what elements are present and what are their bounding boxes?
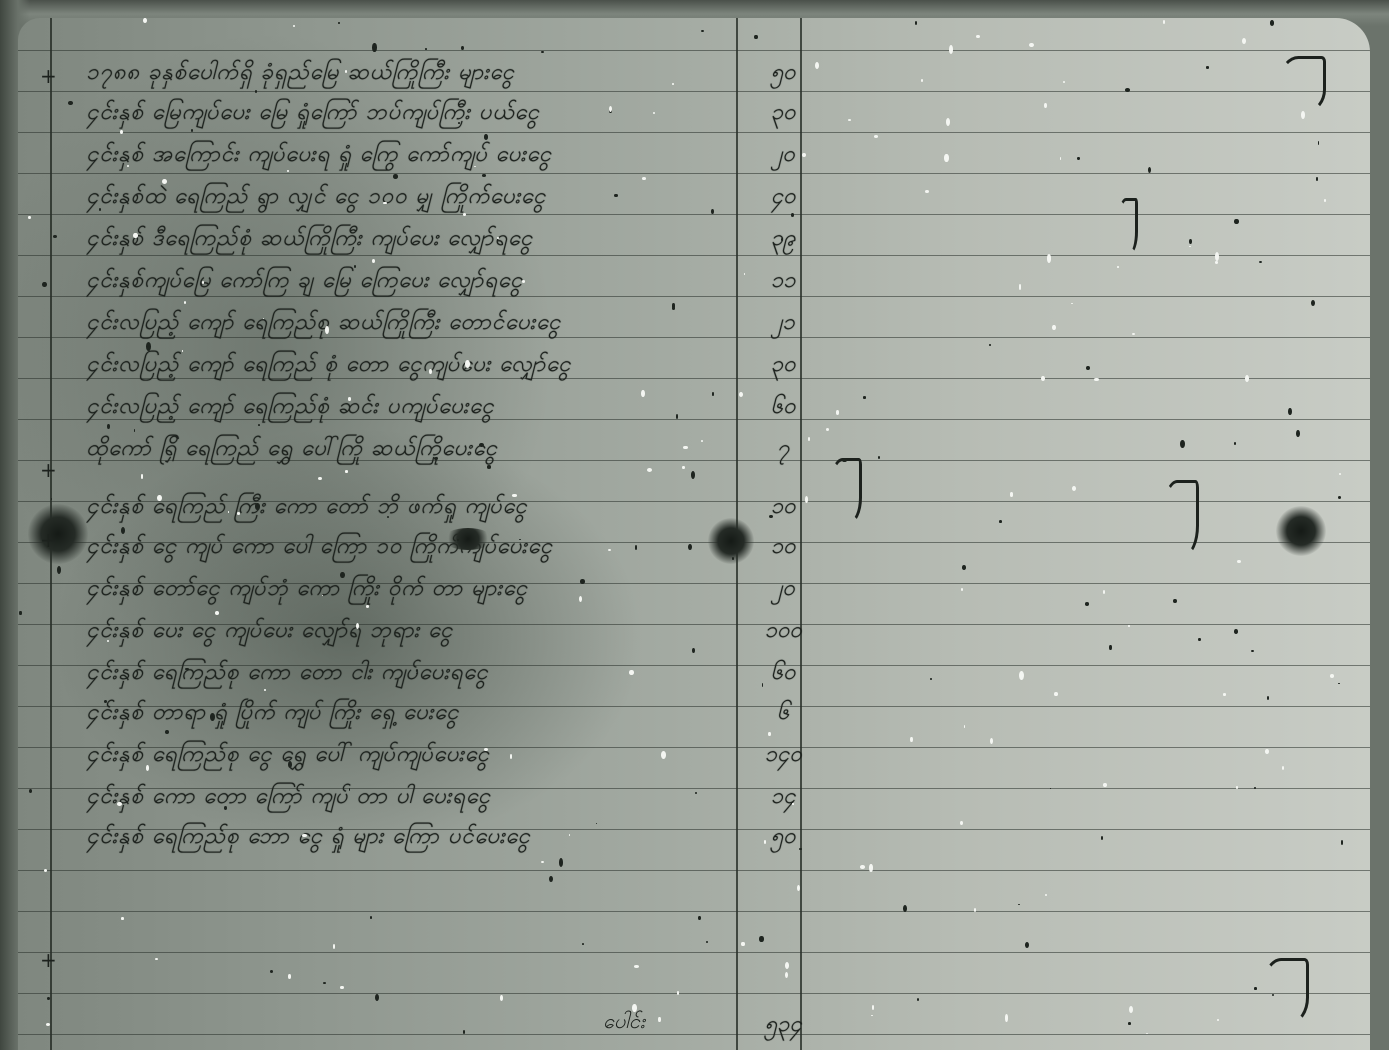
paper-speck bbox=[325, 326, 329, 335]
ink-speck bbox=[338, 22, 340, 25]
ink-speck bbox=[1234, 629, 1238, 633]
ink-speck bbox=[1318, 141, 1320, 145]
paper-speck bbox=[1324, 199, 1326, 202]
paper-speck bbox=[202, 281, 204, 284]
paper-speck bbox=[1245, 375, 1249, 382]
ink-speck bbox=[915, 21, 917, 25]
entry-text: ၄င်းနှစ် တာရာ ရှုံ ပြိုက် ကျပ် ကြိုး ရှေ… bbox=[86, 694, 706, 732]
ink-speck bbox=[270, 970, 273, 973]
paper-speck bbox=[345, 70, 348, 73]
ink-speck bbox=[712, 392, 714, 396]
ink-speck bbox=[695, 792, 697, 794]
ink-speck bbox=[68, 101, 72, 105]
paper-speck bbox=[785, 972, 788, 978]
ink-speck bbox=[1311, 300, 1315, 306]
ink-speck bbox=[323, 982, 327, 984]
paper-speck bbox=[340, 986, 344, 990]
paper-speck bbox=[634, 965, 639, 968]
ink-speck bbox=[258, 424, 260, 426]
entry-text: ၄င်းနှစ် မြေကျပ်ပေး မြေ ရှုံကြော် ဘပ်ကျပ… bbox=[86, 94, 706, 132]
paper-speck bbox=[1041, 376, 1044, 381]
ink-speck bbox=[1254, 987, 1256, 990]
ruled-line bbox=[18, 132, 1370, 133]
ink-speck bbox=[999, 520, 1002, 523]
ink-speck bbox=[698, 916, 701, 920]
paper-speck bbox=[1215, 252, 1219, 261]
ink-speck bbox=[191, 129, 193, 132]
paper-speck bbox=[1052, 325, 1055, 330]
entry-amount: ၃၀ bbox=[744, 94, 822, 132]
ink-speck bbox=[1025, 942, 1029, 948]
ruled-line bbox=[18, 911, 1370, 912]
paper-speck bbox=[949, 45, 953, 53]
paper-speck bbox=[1128, 625, 1130, 626]
ink-speck bbox=[255, 90, 257, 93]
paper-speck bbox=[1265, 749, 1269, 754]
paper-speck bbox=[1189, 246, 1191, 248]
ink-speck bbox=[1251, 650, 1254, 652]
paper-speck bbox=[1282, 766, 1285, 770]
ink-speck bbox=[989, 344, 991, 346]
paper-speck bbox=[808, 437, 810, 441]
ink-blot bbox=[708, 518, 754, 564]
paper-speck bbox=[677, 991, 679, 994]
paper-speck bbox=[1103, 590, 1105, 595]
ink-speck bbox=[425, 48, 427, 50]
ink-speck bbox=[701, 30, 703, 32]
paper-speck bbox=[741, 942, 744, 946]
ink-speck bbox=[791, 213, 794, 217]
paper-speck bbox=[1045, 894, 1047, 896]
paper-speck bbox=[1237, 560, 1241, 563]
ink-speck bbox=[1316, 177, 1318, 180]
paper-speck bbox=[107, 640, 109, 642]
ink-speck bbox=[706, 941, 708, 943]
paper-speck bbox=[1029, 43, 1034, 47]
paper-speck bbox=[964, 725, 966, 727]
entry-amount: ၁၀ bbox=[744, 528, 822, 566]
paper-speck bbox=[1094, 378, 1099, 381]
ink-speck bbox=[1125, 88, 1130, 92]
paper-speck bbox=[925, 190, 929, 193]
entry-amount: ၁၀၀ bbox=[744, 612, 822, 650]
paper-speck bbox=[836, 410, 839, 415]
entry-text: ၄င်းနှစ် ရေကြည် ကြီး ကော တော် ဘိ ဖက်ရှု … bbox=[86, 488, 706, 526]
ink-speck bbox=[1085, 602, 1089, 606]
entry-amount: ၆၀ bbox=[744, 654, 822, 692]
ink-speck bbox=[549, 876, 553, 883]
paper-speck bbox=[1129, 1006, 1133, 1013]
entry-text: ၄င်းနှစ်ကျပ်မြေ ကော်ကြ ချ မြေ ကြေပေး လျှ… bbox=[86, 262, 706, 300]
paper-speck bbox=[366, 605, 370, 608]
paper-speck bbox=[500, 995, 504, 1001]
ruled-line bbox=[18, 1034, 1370, 1035]
paper-speck bbox=[1010, 492, 1014, 497]
ruled-line bbox=[18, 993, 1370, 994]
paper-speck bbox=[1063, 81, 1065, 83]
ink-speck bbox=[1206, 66, 1210, 68]
entry-amount: ၆ bbox=[744, 694, 822, 732]
ink-speck bbox=[340, 572, 344, 578]
ink-speck bbox=[676, 414, 678, 419]
ink-speck bbox=[732, 557, 734, 560]
ink-speck bbox=[1338, 496, 1342, 500]
ink-speck bbox=[1270, 20, 1275, 26]
ink-speck bbox=[541, 51, 544, 54]
ink-speck bbox=[1267, 696, 1269, 700]
ink-speck bbox=[487, 465, 491, 469]
ink-speck bbox=[1077, 157, 1079, 159]
paper-speck bbox=[848, 119, 851, 121]
paper-speck bbox=[1117, 266, 1119, 267]
ink-speck bbox=[917, 998, 920, 1001]
ruled-line bbox=[18, 50, 1370, 51]
paper-speck bbox=[1054, 692, 1058, 696]
ink-speck bbox=[372, 43, 376, 52]
paper-speck bbox=[874, 135, 878, 138]
paper-speck bbox=[872, 1005, 874, 1010]
entry-amount: ၂၀ bbox=[744, 136, 822, 174]
paper-speck bbox=[345, 470, 348, 473]
margin-mark: + bbox=[40, 64, 57, 88]
paper-speck bbox=[683, 446, 688, 449]
entry-text: ၄င်းနှစ် ရေကြည်စု ကော တော ငါး ကျပ်ပေးရငွ… bbox=[86, 654, 706, 692]
stain-mark bbox=[1118, 198, 1138, 254]
entry-text: ၁၇၈၈ ခုနှစ်ပေါက်ရှိ ခုံရှည်မြေ ဆယ်ကြိုကြ… bbox=[86, 54, 706, 92]
ink-speck bbox=[672, 307, 675, 310]
paper-speck bbox=[1047, 254, 1052, 263]
paper-speck bbox=[28, 216, 31, 220]
ink-speck bbox=[255, 503, 260, 509]
ink-speck bbox=[842, 458, 846, 462]
stain-mark bbox=[830, 458, 862, 524]
stain-mark bbox=[1163, 480, 1199, 556]
ink-blot bbox=[1276, 506, 1326, 556]
ink-speck bbox=[484, 134, 488, 139]
paper-speck bbox=[44, 869, 47, 872]
paper-speck bbox=[739, 392, 743, 397]
entry-text: ၄င်းနှစ်ထဲ ရေကြည် ရွာ လျှင် ငွေ ၁၀၀ မျှ … bbox=[86, 178, 706, 216]
ink-speck bbox=[99, 208, 101, 210]
paper-speck bbox=[1330, 674, 1334, 678]
entry-amount: ၅၀ bbox=[744, 818, 822, 856]
corner-marking bbox=[1263, 958, 1309, 1024]
entry-amount: ၁၄၀ bbox=[744, 736, 822, 774]
corner-marking bbox=[1280, 56, 1326, 112]
ink-speck bbox=[1086, 366, 1090, 370]
paper-speck bbox=[960, 821, 963, 825]
paper-speck bbox=[1060, 157, 1062, 160]
ink-speck bbox=[692, 648, 695, 653]
paper-speck bbox=[1103, 783, 1106, 787]
paper-speck bbox=[869, 864, 872, 871]
paper-speck bbox=[143, 18, 147, 23]
paper-speck bbox=[792, 803, 794, 804]
ink-speck bbox=[1296, 430, 1300, 437]
entry-amount: ၂၁ bbox=[744, 304, 822, 342]
ink-speck bbox=[461, 46, 464, 50]
entry-amount: ၄၀ bbox=[744, 178, 822, 216]
entry-amount: ၁၀ bbox=[744, 488, 822, 526]
footer-note: ပေါင်း bbox=[603, 1008, 645, 1038]
ink-speck bbox=[1109, 645, 1112, 651]
entry-text: ၄င်းနှစ် ဒီရေကြည်စုံ ဆယ်ကြိုကြီး ကျပ်ပေး… bbox=[86, 220, 706, 258]
paper-speck bbox=[293, 25, 295, 27]
entry-text: ၄င်းနှစ် ငွေ ကျပ် ကော ပေါ ကြော ၁၀ ကြိုက်… bbox=[86, 528, 706, 566]
ink-speck bbox=[1180, 440, 1185, 448]
ink-speck bbox=[1189, 239, 1192, 244]
paper-speck bbox=[215, 611, 219, 615]
paper-speck bbox=[990, 738, 993, 744]
paper-speck bbox=[465, 360, 470, 368]
paper-speck bbox=[1217, 1019, 1219, 1022]
paper-speck bbox=[946, 118, 950, 126]
entry-text: ၄င်းလပြည့် ကျော် ရေကြည်စု ဆယ်ကြိုကြီး တေ… bbox=[86, 304, 706, 342]
paper-speck bbox=[1072, 486, 1076, 491]
ink-speck bbox=[1259, 261, 1262, 263]
paper-speck bbox=[484, 748, 488, 751]
paper-speck bbox=[1146, 1033, 1148, 1034]
paper-speck bbox=[237, 512, 240, 515]
entry-text: ၄င်းနှစ် တော်ငွေ ကျပ်ဘုံ ကော ကြိုး ဝိုက်… bbox=[86, 570, 706, 608]
ink-speck bbox=[1288, 408, 1292, 415]
ink-speck bbox=[754, 35, 757, 39]
ink-speck bbox=[375, 994, 379, 1001]
ink-speck bbox=[370, 916, 372, 919]
paper-speck bbox=[642, 177, 646, 180]
ink-speck bbox=[580, 579, 585, 583]
paper-speck bbox=[1044, 103, 1047, 108]
entry-text: ၄င်းနှစ် ရေကြည်စု ဘော ငွေ ရှုံ များ ကြော… bbox=[86, 818, 706, 856]
ink-speck bbox=[691, 471, 695, 479]
ink-speck bbox=[1234, 442, 1236, 444]
margin-mark: + bbox=[40, 948, 57, 972]
entry-amount: ၂၀ bbox=[744, 570, 822, 608]
paper-speck bbox=[512, 494, 516, 497]
ink-speck bbox=[930, 678, 932, 680]
paper-speck bbox=[288, 974, 291, 979]
ink-speck bbox=[1128, 1022, 1131, 1025]
ink-speck bbox=[29, 789, 32, 793]
ink-speck bbox=[165, 730, 169, 734]
ink-speck bbox=[559, 858, 563, 867]
paper-speck bbox=[826, 428, 829, 431]
ink-speck bbox=[185, 668, 188, 670]
entry-amount: ၅၀ bbox=[744, 54, 822, 92]
paper-speck bbox=[522, 280, 526, 283]
ink-speck bbox=[210, 713, 215, 720]
paper-speck bbox=[976, 35, 980, 39]
ink-speck bbox=[582, 943, 584, 945]
margin-mark: + bbox=[40, 458, 57, 482]
paper-speck bbox=[141, 474, 144, 478]
paper-speck bbox=[1163, 20, 1165, 24]
paper-speck bbox=[1132, 333, 1135, 335]
entry-text: ၄င်းလပြည့် ကျော် ရေကြည် စုံ တော ငွေကျပ်ပ… bbox=[86, 346, 706, 384]
entry-text: ၄င်းနှစ် ပေး ငွေ ကျပ်ပေး လျှော်ရ ဘုရား င… bbox=[86, 612, 706, 650]
paper-speck bbox=[120, 130, 123, 134]
ink-speck bbox=[1234, 219, 1238, 223]
ink-speck bbox=[57, 566, 61, 574]
paper-speck bbox=[768, 732, 771, 737]
ink-speck bbox=[962, 565, 966, 570]
paper-speck bbox=[155, 958, 158, 960]
margin-mark: + bbox=[40, 528, 57, 552]
ink-speck bbox=[1338, 683, 1340, 685]
manuscript-page: ၁၇၈၈ ခုနှစ်ပေါက်ရှိ ခုံရှည်မြေ ဆယ်ကြိုကြ… bbox=[18, 18, 1370, 1050]
ink-speck bbox=[393, 174, 398, 178]
paper-speck bbox=[921, 79, 923, 82]
paper-speck bbox=[133, 233, 137, 238]
ink-speck bbox=[482, 174, 486, 177]
ink-speck bbox=[1173, 599, 1177, 603]
paper-speck bbox=[974, 908, 976, 912]
entry-amount: ၁၁ bbox=[744, 262, 822, 300]
paper-speck bbox=[1019, 284, 1022, 289]
paper-speck bbox=[121, 917, 123, 920]
entry-text: ထိုကော် ရြှိ ရေကြည် ရွှေ ပေါ်ကြို ဆယ်ကြိ… bbox=[86, 430, 706, 468]
paper-speck bbox=[318, 477, 322, 480]
ink-blot bbox=[443, 528, 493, 550]
ink-speck bbox=[1341, 840, 1344, 846]
entry-text: ၄င်းလပြည့် ကျော် ရေကြည်စုံ ဆင်း ပကျပ်ပေး… bbox=[86, 388, 706, 426]
paper-speck bbox=[264, 689, 266, 691]
ruled-line bbox=[18, 870, 1370, 871]
paper-speck bbox=[860, 865, 865, 869]
paper-speck bbox=[682, 466, 685, 469]
entry-amount: ၃၀ bbox=[744, 346, 822, 384]
paper-speck bbox=[1019, 671, 1024, 680]
ink-blot bbox=[28, 504, 88, 564]
entry-text: ၄င်းနှစ် ကော တော ကြော် ကျပ် တာ ပါ ပေးရငွ… bbox=[86, 778, 706, 816]
paper-speck bbox=[910, 737, 913, 742]
paper-speck bbox=[182, 350, 184, 352]
paper-speck bbox=[658, 1017, 660, 1022]
paper-speck bbox=[641, 390, 644, 397]
paper-speck bbox=[871, 1015, 873, 1016]
ink-speck bbox=[19, 611, 21, 616]
ink-speck bbox=[759, 936, 763, 941]
ink-speck bbox=[121, 527, 125, 534]
paper-speck bbox=[463, 213, 466, 216]
paper-speck bbox=[944, 154, 948, 161]
total-amount: ၅၃၄ bbox=[744, 1006, 822, 1044]
entry-text: ၄င်းနှစ် အကြောင်း ကျပ်ပေးရ ရှုံ ကြွေ ကော… bbox=[86, 136, 706, 174]
paper-speck bbox=[287, 170, 289, 171]
ink-speck bbox=[1101, 836, 1103, 840]
paper-speck bbox=[629, 670, 634, 675]
paper-speck bbox=[1339, 473, 1341, 475]
entry-amount: ၆၀ bbox=[744, 388, 822, 426]
ink-speck bbox=[434, 457, 438, 460]
paper-speck bbox=[541, 861, 544, 864]
entry-text: ၄င်းနှစ် ရေကြည်စု ငွေ ရွှေ ပေါ် ကျပ်ကျပ်… bbox=[86, 736, 706, 774]
entry-amount: ၁၄ bbox=[744, 778, 822, 816]
paper-speck bbox=[1071, 303, 1073, 305]
ink-speck bbox=[53, 235, 57, 238]
ink-speck bbox=[903, 905, 907, 912]
paper-speck bbox=[647, 468, 652, 472]
ink-speck bbox=[878, 456, 880, 459]
paper-speck bbox=[333, 944, 335, 949]
ink-speck bbox=[1018, 904, 1020, 905]
ruled-line bbox=[18, 952, 1370, 953]
ink-speck bbox=[354, 265, 356, 267]
entry-amount: ၇ bbox=[744, 430, 822, 468]
paper-speck bbox=[1301, 111, 1305, 119]
paper-speck bbox=[1242, 38, 1246, 44]
paper-speck bbox=[785, 962, 789, 969]
paper-speck bbox=[1005, 1014, 1008, 1021]
ink-speck bbox=[863, 396, 867, 399]
ink-speck bbox=[42, 282, 46, 287]
ink-speck bbox=[288, 761, 292, 768]
ink-speck bbox=[1198, 638, 1200, 641]
ink-speck bbox=[635, 545, 638, 550]
paper-speck bbox=[474, 166, 476, 168]
paper-speck bbox=[1223, 693, 1226, 695]
paper-speck bbox=[1215, 261, 1218, 264]
paper-speck bbox=[661, 751, 666, 759]
paper-speck bbox=[961, 588, 963, 591]
